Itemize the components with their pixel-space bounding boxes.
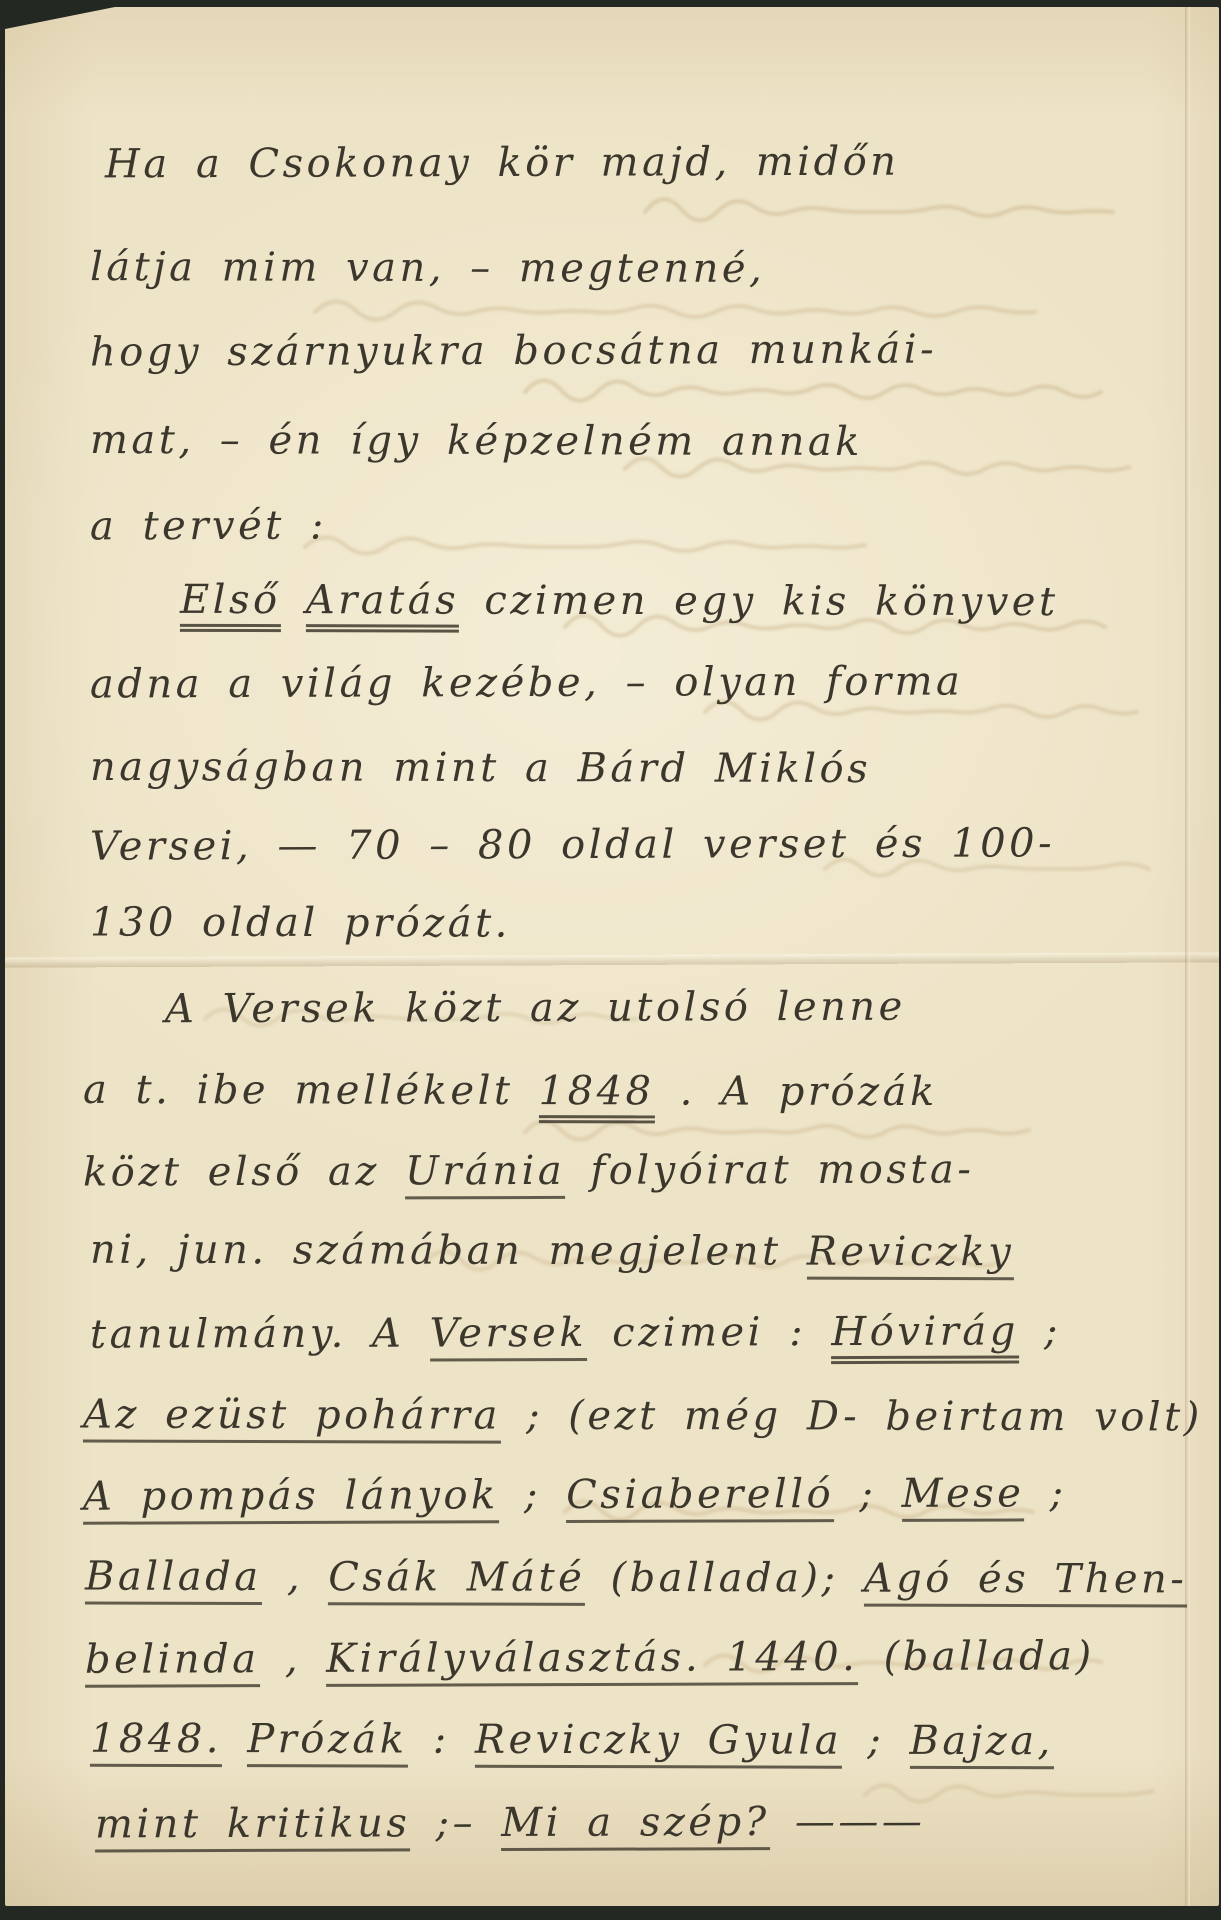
underlined-title: Királyválasztás. 1440. [326, 1634, 858, 1687]
letter-line: belinda , Királyválasztás. 1440. (ballad… [85, 1633, 1095, 1683]
handwritten-text: nagyságban mint a Bárd Miklós [90, 744, 871, 792]
letter-line: mat, – én így képzelném annak [90, 417, 863, 465]
handwritten-text: Ha a Csokonay kör majd, midőn [105, 139, 900, 188]
handwritten-text: (ballada); [610, 1555, 863, 1602]
underlined-title: Csiaberelló [566, 1471, 834, 1523]
letter-paper: Ha a Csokonay kör majd, midőn látja mim … [5, 7, 1219, 1906]
underlined-title: belinda [85, 1636, 260, 1688]
handwritten-text: ni, jun. számában megjelent [90, 1227, 807, 1275]
handwritten-text: a tervét : [90, 503, 327, 550]
letter-line: a tervét : [90, 503, 327, 550]
handwritten-text: ; [859, 1471, 901, 1517]
underlined-title: Mi a szép? [501, 1799, 770, 1851]
handwritten-text: ; (ezt még D- beirtam volt) [526, 1393, 1203, 1441]
handwritten-text: , [285, 1636, 327, 1682]
handwriting-layer: Ha a Csokonay kör majd, midőn látja mim … [5, 7, 1219, 1906]
letter-line: nagyságban mint a Bárd Miklós [90, 744, 871, 792]
handwritten-text: ; [524, 1472, 566, 1518]
handwritten-text: közt első az [83, 1148, 405, 1195]
handwritten-text: tanulmány. A [90, 1311, 430, 1358]
underlined-title: mint kritikus [95, 1800, 411, 1852]
handwritten-text: czimen egy kis könyvet [484, 578, 1058, 626]
handwritten-text: ;– [435, 1800, 501, 1846]
underlined-title: Uránia [405, 1148, 565, 1200]
letter-line: közt első az Uránia folyóirat mosta- [83, 1146, 974, 1195]
handwritten-text: adna a világ kezébe, – olyan forma [90, 658, 964, 707]
letter-line: 1848. Prózák : Reviczky Gyula ; Bajza, [90, 1716, 1054, 1765]
underlined-year: 1848. [90, 1716, 222, 1767]
letter-line: adna a világ kezébe, – olyan forma [90, 658, 964, 707]
underlined-name: Reviczky [807, 1229, 1015, 1281]
handwritten-text: czimei : [612, 1309, 831, 1356]
underlined-title: A pompás lányok [83, 1472, 499, 1524]
scanned-letter-photo: Ha a Csokonay kör majd, midőn látja mim … [0, 0, 1221, 1920]
handwritten-text: ; [1044, 1308, 1061, 1354]
underlined-title: Mese [902, 1470, 1025, 1521]
handwritten-text: folyóirat mosta- [590, 1146, 974, 1193]
underlined-title: Ballada [85, 1554, 262, 1605]
underlined-title: Agó és Then- [864, 1556, 1188, 1608]
handwritten-text: mat, – én így képzelném annak [90, 417, 863, 465]
handwritten-text: ——— [795, 1799, 926, 1845]
letter-line: látja mim van, – megtenné, [90, 244, 765, 292]
underlined-name: Reviczky Gyula [475, 1717, 842, 1769]
letter-line: a t. ibe mellékelt 1848 . A prózák [83, 1067, 938, 1115]
handwritten-text: : [433, 1717, 475, 1763]
underlined-title: Versek [430, 1310, 588, 1362]
underlined-year: 1848 [539, 1068, 655, 1123]
letter-line: 130 oldal prózát. [90, 899, 511, 946]
letter-line: mint kritikus ;– Mi a szép? ——— [95, 1799, 925, 1848]
underlined-title: Hóvirág [831, 1308, 1019, 1364]
letter-line: ni, jun. számában megjelent Reviczky [90, 1227, 1014, 1275]
letter-line: Versei, — 70 – 80 oldal verset és 100- [90, 820, 1055, 869]
handwritten-text: . A prózák [680, 1068, 938, 1115]
letter-line: tanulmány. A Versek czimei : Hóvirág ; [90, 1308, 1061, 1357]
handwritten-text: A Versek közt az utolsó lenne [165, 984, 906, 1033]
handwritten-text: látja mim van, – megtenné, [90, 244, 765, 292]
handwritten-text: ; [867, 1718, 909, 1764]
letter-line: hogy szárnyukra bocsátna munkái- [90, 327, 937, 376]
underlined-title: Prózák [247, 1716, 407, 1767]
letter-line: Első Aratás czimen egy kis könyvet [180, 577, 1059, 625]
letter-line: A Versek közt az utolsó lenne [165, 984, 906, 1033]
letter-line: Az ezüst pohárra ; (ezt még D- beirtam v… [83, 1392, 1203, 1441]
letter-line: Ballada , Csák Máté (ballada); Agó és Th… [85, 1554, 1187, 1603]
letter-line: Ha a Csokonay kör majd, midőn [105, 139, 900, 188]
underlined-title: Csák Máté [328, 1554, 585, 1606]
underlined-title: Az ezüst pohárra [83, 1392, 501, 1444]
handwritten-text: Versei, — 70 – 80 oldal verset és 100- [90, 820, 1055, 869]
underlined-title: Bajza, [909, 1718, 1053, 1769]
handwritten-text: 130 oldal prózát. [90, 899, 511, 946]
handwritten-text: (ballada) [883, 1633, 1094, 1680]
letter-line: A pompás lányok ; Csiaberelló ; Mese ; [83, 1470, 1067, 1519]
underlined-title: Aratás [306, 577, 459, 632]
handwritten-text: a t. ibe mellékelt [83, 1067, 539, 1114]
underlined-title: Első [180, 577, 281, 632]
handwritten-text: , [287, 1554, 329, 1600]
handwritten-text: ; [1050, 1470, 1067, 1516]
handwritten-text: hogy szárnyukra bocsátna munkái- [90, 327, 937, 376]
